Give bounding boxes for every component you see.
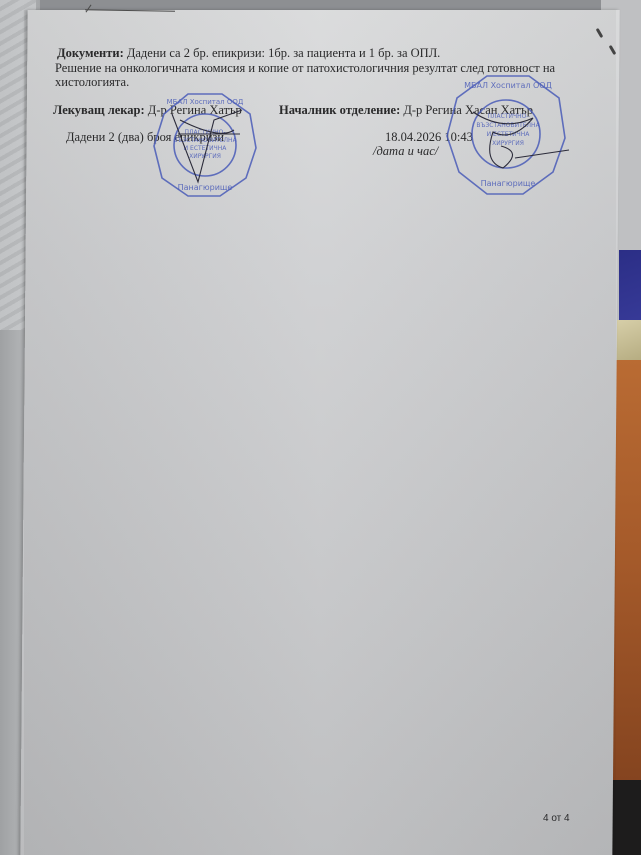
- documents-line: Документи: Дадени са 2 бр. епикризи: 1бр…: [57, 46, 440, 61]
- hospital-stamp-right: ПЛАСТИЧНО- ВЪЗСТАНОВИТЕЛНА И ЕСТЕТИЧНА Х…: [443, 72, 573, 200]
- stamp-outer-text: МБАЛ Хоспитал ООД: [464, 81, 552, 90]
- datetime-caption: /дата и час/: [373, 144, 438, 159]
- stamp-inner-line: ХИРУРГИЯ: [492, 140, 524, 147]
- attending-physician-label: Лекуващ лекар:: [53, 103, 145, 117]
- hospital-stamp-left: ПЛАСТИЧНО- ВЪЗСТАНОВИТЕЛНА И ЕСТЕТИЧНА Х…: [150, 90, 260, 200]
- stamp-bottom-text: Панагюрище: [481, 179, 536, 188]
- stamp-outer-text: МБАЛ Хоспитал ООД: [167, 98, 244, 106]
- department-head-label: Началник отделение:: [279, 103, 400, 117]
- documents-label: Документи:: [57, 46, 124, 60]
- stamp-bottom-text: Панагюрище: [178, 183, 233, 192]
- stamp-inner-line: ПЛАСТИЧНО-: [488, 113, 529, 120]
- stamp-inner-line: ВЪЗСТАНОВИТЕЛНА: [476, 122, 540, 129]
- documents-text: Дадени са 2 бр. епикризи: 1бр. за пациен…: [127, 46, 440, 60]
- page-number: 4 от 4: [543, 813, 570, 824]
- decision-line-2: хистологията.: [55, 75, 129, 90]
